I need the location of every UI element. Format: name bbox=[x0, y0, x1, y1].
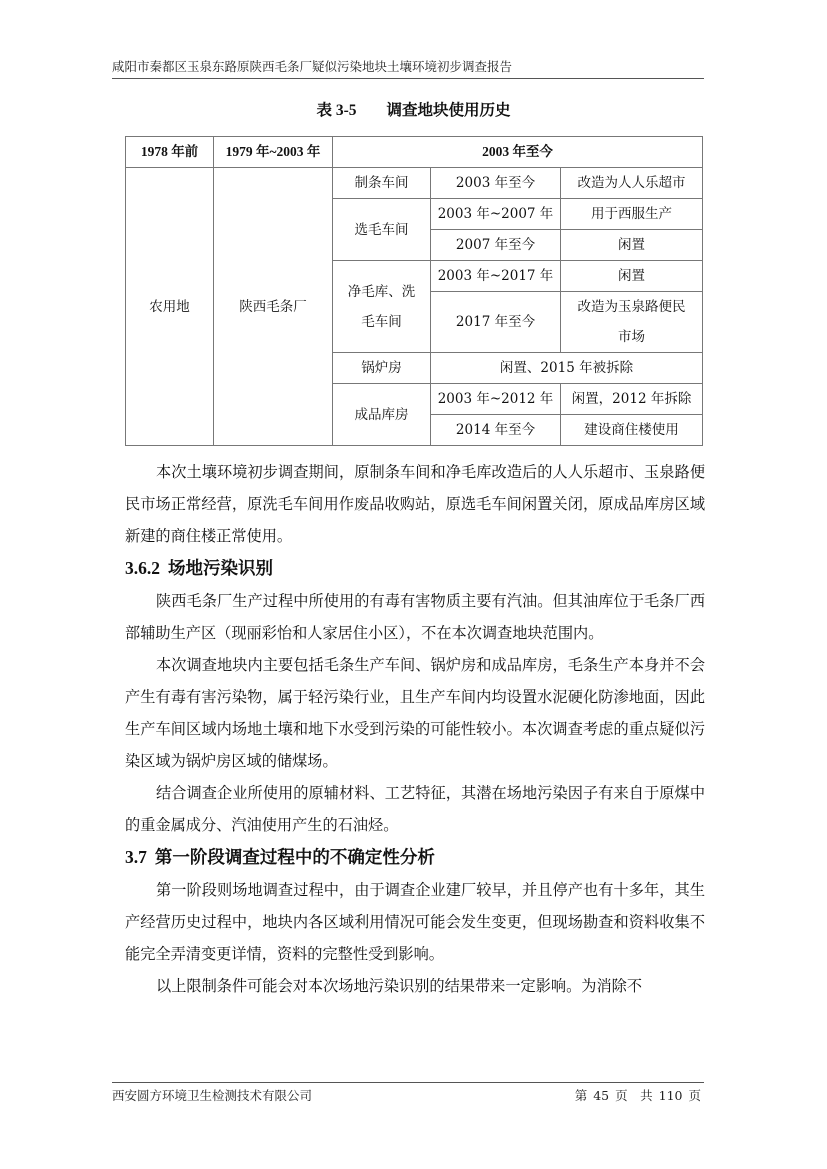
cell-period: 2003 年~2017 年 bbox=[431, 261, 561, 292]
cell-building: 锅炉房 bbox=[333, 353, 431, 384]
cell-factory: 陕西毛条厂 bbox=[214, 168, 333, 446]
cell-use: 用于西服生产 bbox=[561, 199, 703, 230]
cell-period: 2003 年~2012 年 bbox=[431, 384, 561, 415]
cell-farmland: 农用地 bbox=[126, 168, 214, 446]
cell-period: 2003 年~2007 年 bbox=[431, 199, 561, 230]
cell-building: 制条车间 bbox=[333, 168, 431, 199]
header-1979-2003: 1979 年~2003 年 bbox=[214, 137, 333, 168]
paragraph: 结合调查企业所使用的原辅材料、工艺特征，其潜在场地污染因子有来自于原煤中的重金属… bbox=[125, 777, 705, 841]
cell-building: 净毛库、洗 毛车间 bbox=[333, 261, 431, 353]
header-before-1978: 1978 年前 bbox=[126, 137, 214, 168]
cell-use: 改造为玉泉路便民 市场 bbox=[561, 292, 703, 353]
cell-use: 闲置 bbox=[561, 261, 703, 292]
page-number: 第45页 共110页 bbox=[572, 1086, 704, 1104]
header-2003-present: 2003 年至今 bbox=[333, 137, 703, 168]
table-caption: 表 3-5调查地块使用历史 bbox=[0, 98, 827, 120]
section-heading-3-7: 3.7第一阶段调查过程中的不确定性分析 bbox=[125, 841, 705, 874]
cell-use: 改造为人人乐超市 bbox=[561, 168, 703, 199]
running-footer: 西安圆方环境卫生检测技术有限公司 第45页 共110页 bbox=[112, 1082, 704, 1104]
cell-period: 2017 年至今 bbox=[431, 292, 561, 353]
paragraph: 第一阶段则场地调查过程中，由于调查企业建厂较早，并且停产也有十多年，其生产经营历… bbox=[125, 874, 705, 970]
cell-period: 2007 年至今 bbox=[431, 230, 561, 261]
paragraph: 本次土壤环境初步调查期间，原制条车间和净毛库改造后的人人乐超市、玉泉路便民市场正… bbox=[125, 456, 705, 552]
company-name: 西安圆方环境卫生检测技术有限公司 bbox=[112, 1086, 312, 1104]
paragraph: 以上限制条件可能会对本次场地污染识别的结果带来一定影响。为消除不 bbox=[125, 970, 705, 1002]
table-number: 表 3-5 bbox=[316, 102, 356, 119]
cell-building: 选毛车间 bbox=[333, 199, 431, 261]
paragraph: 陕西毛条厂生产过程中所使用的有毒有害物质主要有汽油。但其油库位于毛条厂西部辅助生… bbox=[125, 585, 705, 649]
section-heading-3-6-2: 3.6.2场地污染识别 bbox=[125, 552, 705, 585]
cell-building: 成品库房 bbox=[333, 384, 431, 446]
cell-use: 闲置，2012 年拆除 bbox=[561, 384, 703, 415]
land-use-history-table: 1978 年前 1979 年~2003 年 2003 年至今 农用地 陕西毛条厂… bbox=[125, 136, 703, 446]
cell-period: 2014 年至今 bbox=[431, 415, 561, 446]
paragraph: 本次调查地块内主要包括毛条生产车间、锅炉房和成品库房，毛条生产本身并不会产生有毒… bbox=[125, 649, 705, 777]
cell-use: 建设商住楼使用 bbox=[561, 415, 703, 446]
table-header-row: 1978 年前 1979 年~2003 年 2003 年至今 bbox=[126, 137, 703, 168]
cell-use: 闲置 bbox=[561, 230, 703, 261]
body-content: 本次土壤环境初步调查期间，原制条车间和净毛库改造后的人人乐超市、玉泉路便民市场正… bbox=[125, 456, 705, 1002]
cell-merged-use: 闲置、2015 年被拆除 bbox=[431, 353, 703, 384]
cell-period: 2003 年至今 bbox=[431, 168, 561, 199]
running-header: 咸阳市秦都区玉泉东路原陕西毛条厂疑似污染地块土壤环境初步调查报告 bbox=[112, 58, 704, 79]
table-title: 调查地块使用历史 bbox=[387, 101, 511, 119]
table-row: 农用地 陕西毛条厂 制条车间 2003 年至今 改造为人人乐超市 bbox=[126, 168, 703, 199]
